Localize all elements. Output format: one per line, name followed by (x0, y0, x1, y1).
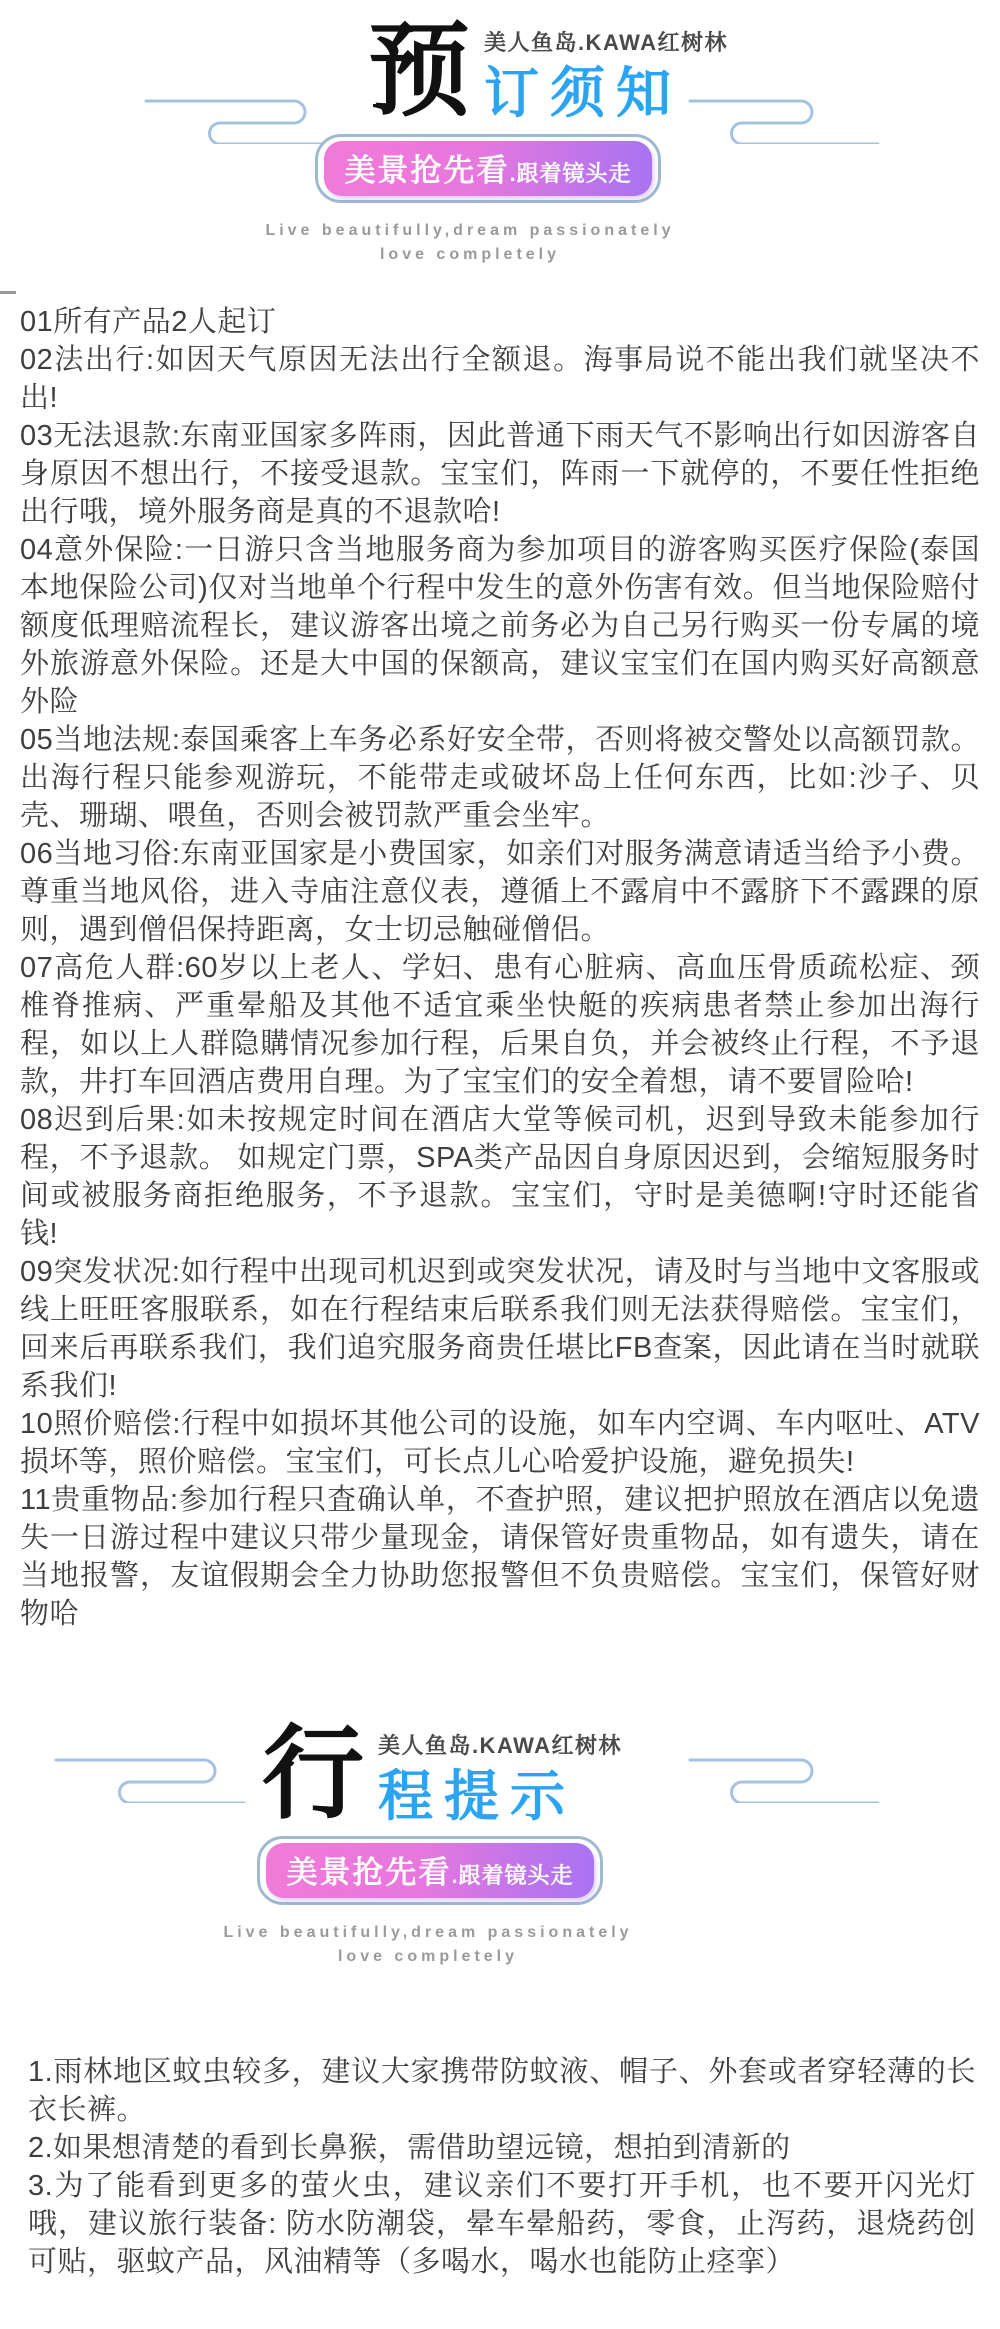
notice-item: 02法出行:如因天气原因无法出行全额退。海事局说不能出我们就坚决不出! (20, 341, 980, 417)
section-title: 订须知 (484, 63, 728, 124)
notice-item: 03无法退款:东南亚国家多阵雨，因此普通下雨天气不影响出行如因游客自身原因不想出… (20, 417, 980, 531)
tip-item: 3.为了能看到更多的萤火虫，建议亲们不要打开手机，也不要开闪光灯哦，建议旅行装备… (28, 2167, 976, 2281)
tagline-line1: Live beautifully,dream passionately (0, 1921, 928, 1945)
booking-notice-header: 预 美人鱼岛.KAWA红树林 订须知 美景抢先看.跟着镜头走 Live beau… (0, 0, 1000, 267)
big-character: 行 (262, 1729, 364, 1823)
header-title-row: 预 美人鱼岛.KAWA红树林 订须知 (48, 26, 1000, 124)
brand-subtitle: 美人鱼岛.KAWA红树林 (378, 1729, 622, 1760)
slogan-pill-border: 美景抢先看.跟着镜头走 (257, 1836, 602, 1905)
slogan-main: 美景抢先看 (286, 1855, 451, 1890)
english-tagline: Live beautifully,dream passionately love… (0, 1921, 928, 1969)
notice-item: 10照价赔偿:行程中如损坏其他公司的设施，如车内空调、车内呕吐、ATV损坏等，照… (20, 1405, 980, 1481)
tagline-line1: Live beautifully,dream passionately (0, 219, 970, 243)
notice-item: 05当地法规:泰国乘客上车务必系好安全带，否则将被交警处以高额罚款。出海行程只能… (20, 721, 980, 835)
slogan-pill-wrap: 美景抢先看.跟着镜头走 (0, 1836, 930, 1905)
big-character: 预 (368, 26, 470, 120)
tagline-line2: love completely (0, 1945, 928, 1969)
trip-tips-header: 行 美人鱼岛.KAWA红树林 程提示 美景抢先看.跟着镜头走 Live beau… (0, 1633, 1000, 1970)
header-title-row: 行 美人鱼岛.KAWA红树林 程提示 (0, 1729, 942, 1827)
tip-item: 2.如果想清楚的看到长鼻猴，需借助望远镜，想拍到清新的 (28, 2129, 976, 2167)
stray-dash-mark (0, 291, 16, 294)
notice-item: 09突发状况:如行程中出现司机迟到或突发状况，请及时与当地中文客服或线上旺旺客服… (20, 1253, 980, 1405)
notice-item: 08迟到后果:如未按规定时间在酒店大堂等候司机，迟到导致未能参加行程，不予退款。… (20, 1101, 980, 1253)
booking-notice-list: 01所有产品2人起订02法出行:如因天气原因无法出行全额退。海事局说不能出我们就… (20, 303, 980, 1633)
notice-item: 07高危人群:60岁以上老人、学妇、患有心脏病、高血压骨质疏松症、颈椎脊推病、严… (20, 949, 980, 1101)
section-title: 程提示 (378, 1766, 622, 1827)
notice-item: 04意外保险:一日游只含当地服务商为参加项目的游客购买医疗保险(泰国本地保险公司… (20, 531, 980, 721)
slogan-sub: .跟着镜头走 (509, 161, 631, 186)
notice-item: 01所有产品2人起订 (20, 303, 980, 341)
brand-subtitle: 美人鱼岛.KAWA红树林 (484, 26, 728, 57)
trip-tips-list: 1.雨林地区蚊虫较多，建议大家携带防蚊液、帽子、外套或者穿轻薄的长衣长裤。2.如… (28, 2053, 976, 2329)
tagline-line2: love completely (0, 243, 970, 267)
slogan-sub: .跟着镜头走 (451, 1863, 573, 1888)
header-title-right: 美人鱼岛.KAWA红树林 程提示 (378, 1729, 622, 1827)
header-title-right: 美人鱼岛.KAWA红树林 订须知 (484, 26, 728, 124)
notice-item: 11贵重物品:参加行程只査确认单，不查护照，建议把护照放在酒店以免遗失一日游过程… (20, 1481, 980, 1633)
english-tagline: Live beautifully,dream passionately love… (0, 219, 970, 267)
slogan-pill-wrap: 美景抢先看.跟着镜头走 (0, 134, 988, 203)
slogan-pill: 美景抢先看.跟着镜头走 (266, 1843, 593, 1898)
slogan-main: 美景抢先看 (344, 153, 509, 188)
slogan-pill: 美景抢先看.跟着镜头走 (324, 141, 651, 196)
slogan-pill-border: 美景抢先看.跟着镜头走 (315, 134, 660, 203)
tip-item: 1.雨林地区蚊虫较多，建议大家携带防蚊液、帽子、外套或者穿轻薄的长衣长裤。 (28, 2053, 976, 2129)
notice-item: 06当地习俗:东南亚国家是小费国家，如亲们对服务满意请适当给予小费。尊重当地风俗… (20, 835, 980, 949)
